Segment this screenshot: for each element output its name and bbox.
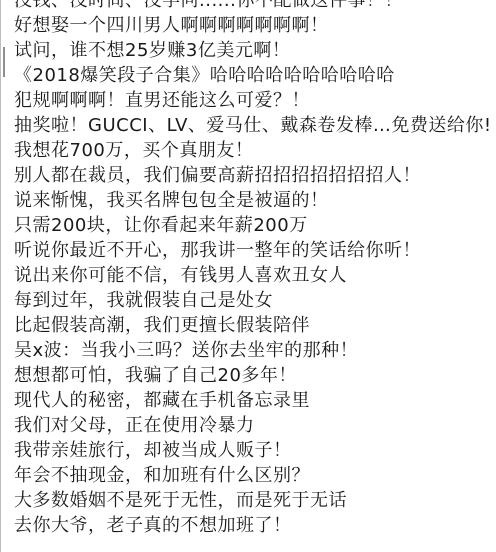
text-line: 我想花700万，买个真朋友！ — [14, 138, 496, 163]
text-line: 别人都在裁员，我们偏要高薪招招招招招招招人！ — [14, 163, 496, 188]
text-line: 抽奖啦！GUCCI、LV、爱马仕、戴森卷发棒…免费送给你! — [14, 113, 496, 138]
text-line: 只需200块，让你看起来年薪200万 — [14, 213, 496, 238]
text-line: 比起假装高潮，我们更擅长假装陪伴 — [14, 313, 496, 338]
text-line: 听说你最近不开心，那我讲一整年的笑话给你听！ — [14, 238, 496, 263]
text-line: 吴x波：当我小三吗？送你去坐牢的那种！ — [14, 338, 496, 363]
text-line: 去你大爷，老子真的不想加班了！ — [14, 513, 496, 538]
text-line: 想想都可怕，我骗了自己20多年！ — [14, 363, 496, 388]
page: { "page": { "background": "#ffffff", "te… — [0, 0, 496, 552]
text-line: 好想娶一个四川男人啊啊啊啊啊啊啊！ — [14, 13, 496, 38]
scrollbar-fragment — [3, 47, 5, 77]
text-line: 试问，谁不想25岁赚3亿美元啊！ — [14, 38, 496, 63]
text-line: 犯规啊啊啊！直男还能这么可爱？！ — [14, 88, 496, 113]
text-line: 《2018爆笑段子合集》哈哈哈哈哈哈哈哈哈哈 — [14, 63, 496, 88]
text-line: 大多数婚姻不是死于无性，而是死于无话 — [14, 488, 496, 513]
joke-text-column: 没钱、没时间、没学问......你不配做这件事！！好想娶一个四川男人啊啊啊啊啊啊… — [14, 0, 496, 538]
text-line: 我带亲娃旅行，却被当成人贩子！ — [14, 438, 496, 463]
text-line: 每到过年，我就假装自己是处女 — [14, 288, 496, 313]
text-line: 说出来你可能不信，有钱男人喜欢丑女人 — [14, 263, 496, 288]
text-line: 年会不抽现金，和加班有什么区别？ — [14, 463, 496, 488]
text-line: 说来惭愧，我买名牌包包全是被逼的！ — [14, 188, 496, 213]
text-line: 现代人的秘密，都藏在手机备忘录里 — [14, 388, 496, 413]
text-line: 我们对父母，正在使用冷暴力 — [14, 413, 496, 438]
left-border — [0, 0, 1, 552]
text-line: 没钱、没时间、没学问......你不配做这件事！！ — [14, 0, 496, 13]
